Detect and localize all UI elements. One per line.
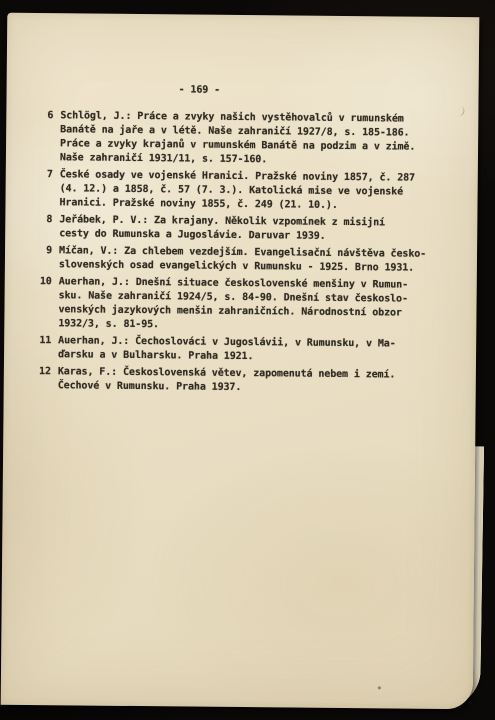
entry-lines: Karas, F.: Československá větev, zapomen… (58, 365, 396, 396)
entry-number: 11 (37, 334, 51, 362)
page-number: - 169 - (179, 84, 221, 95)
bibliography-entry: 9Míčan, V.: Za chlebem vezdejším. Evange… (38, 244, 426, 276)
entry-number: 12 (37, 365, 51, 393)
entry-lines: Auerhan, J.: Čechoslováci v Jugoslávii, … (58, 334, 396, 365)
entry-number: 8 (38, 213, 52, 241)
entry-number: 10 (37, 275, 52, 331)
bibliography-entry: 11Auerhan, J.: Čechoslováci v Jugoslávii… (37, 334, 425, 366)
bibliography-entry: 7České osady ve vojenské Hranici. Pražsk… (38, 168, 426, 214)
pencil-mark (455, 105, 465, 117)
entry-number: 7 (38, 168, 52, 210)
entry-number: 9 (38, 244, 52, 272)
entry-lines: Míčan, V.: Za chlebem vezdejším. Evangel… (59, 244, 426, 276)
bibliography-list: 6Schlögl, J.: Práce a zvyky našich vystě… (37, 109, 428, 400)
bibliography-entry: 8Jeřábek, P. V.: Za krajany. Několik vzp… (38, 213, 426, 245)
entry-line: slovenských osad evangelických v Rumunsk… (59, 258, 426, 276)
paper-speck (378, 686, 381, 689)
book-page: - 169 - 6Schlögl, J.: Práce a zvyky naši… (1, 13, 480, 709)
entry-lines: Jeřábek, P. V.: Za krajany. Několik vzpo… (59, 213, 385, 244)
entry-lines: Auerhan, J.: Dnešní situace českoslovens… (58, 275, 408, 334)
entry-number: 6 (39, 109, 54, 165)
bibliography-entry: 6Schlögl, J.: Práce a zvyky našich vystě… (39, 109, 428, 169)
entry-lines: Schlögl, J.: Práce a zvyky našich vystěh… (60, 109, 416, 168)
photographed-book-spread: { "page": { "page_number": "- 169 -", "e… (0, 0, 495, 720)
bibliography-entry: 10Auerhan, J.: Dnešní situace českoslove… (37, 275, 426, 335)
entry-lines: České osady ve vojenské Hranici. Pražské… (59, 168, 415, 213)
bibliography-entry: 12Karas, F.: Československá větev, zapom… (37, 365, 425, 397)
